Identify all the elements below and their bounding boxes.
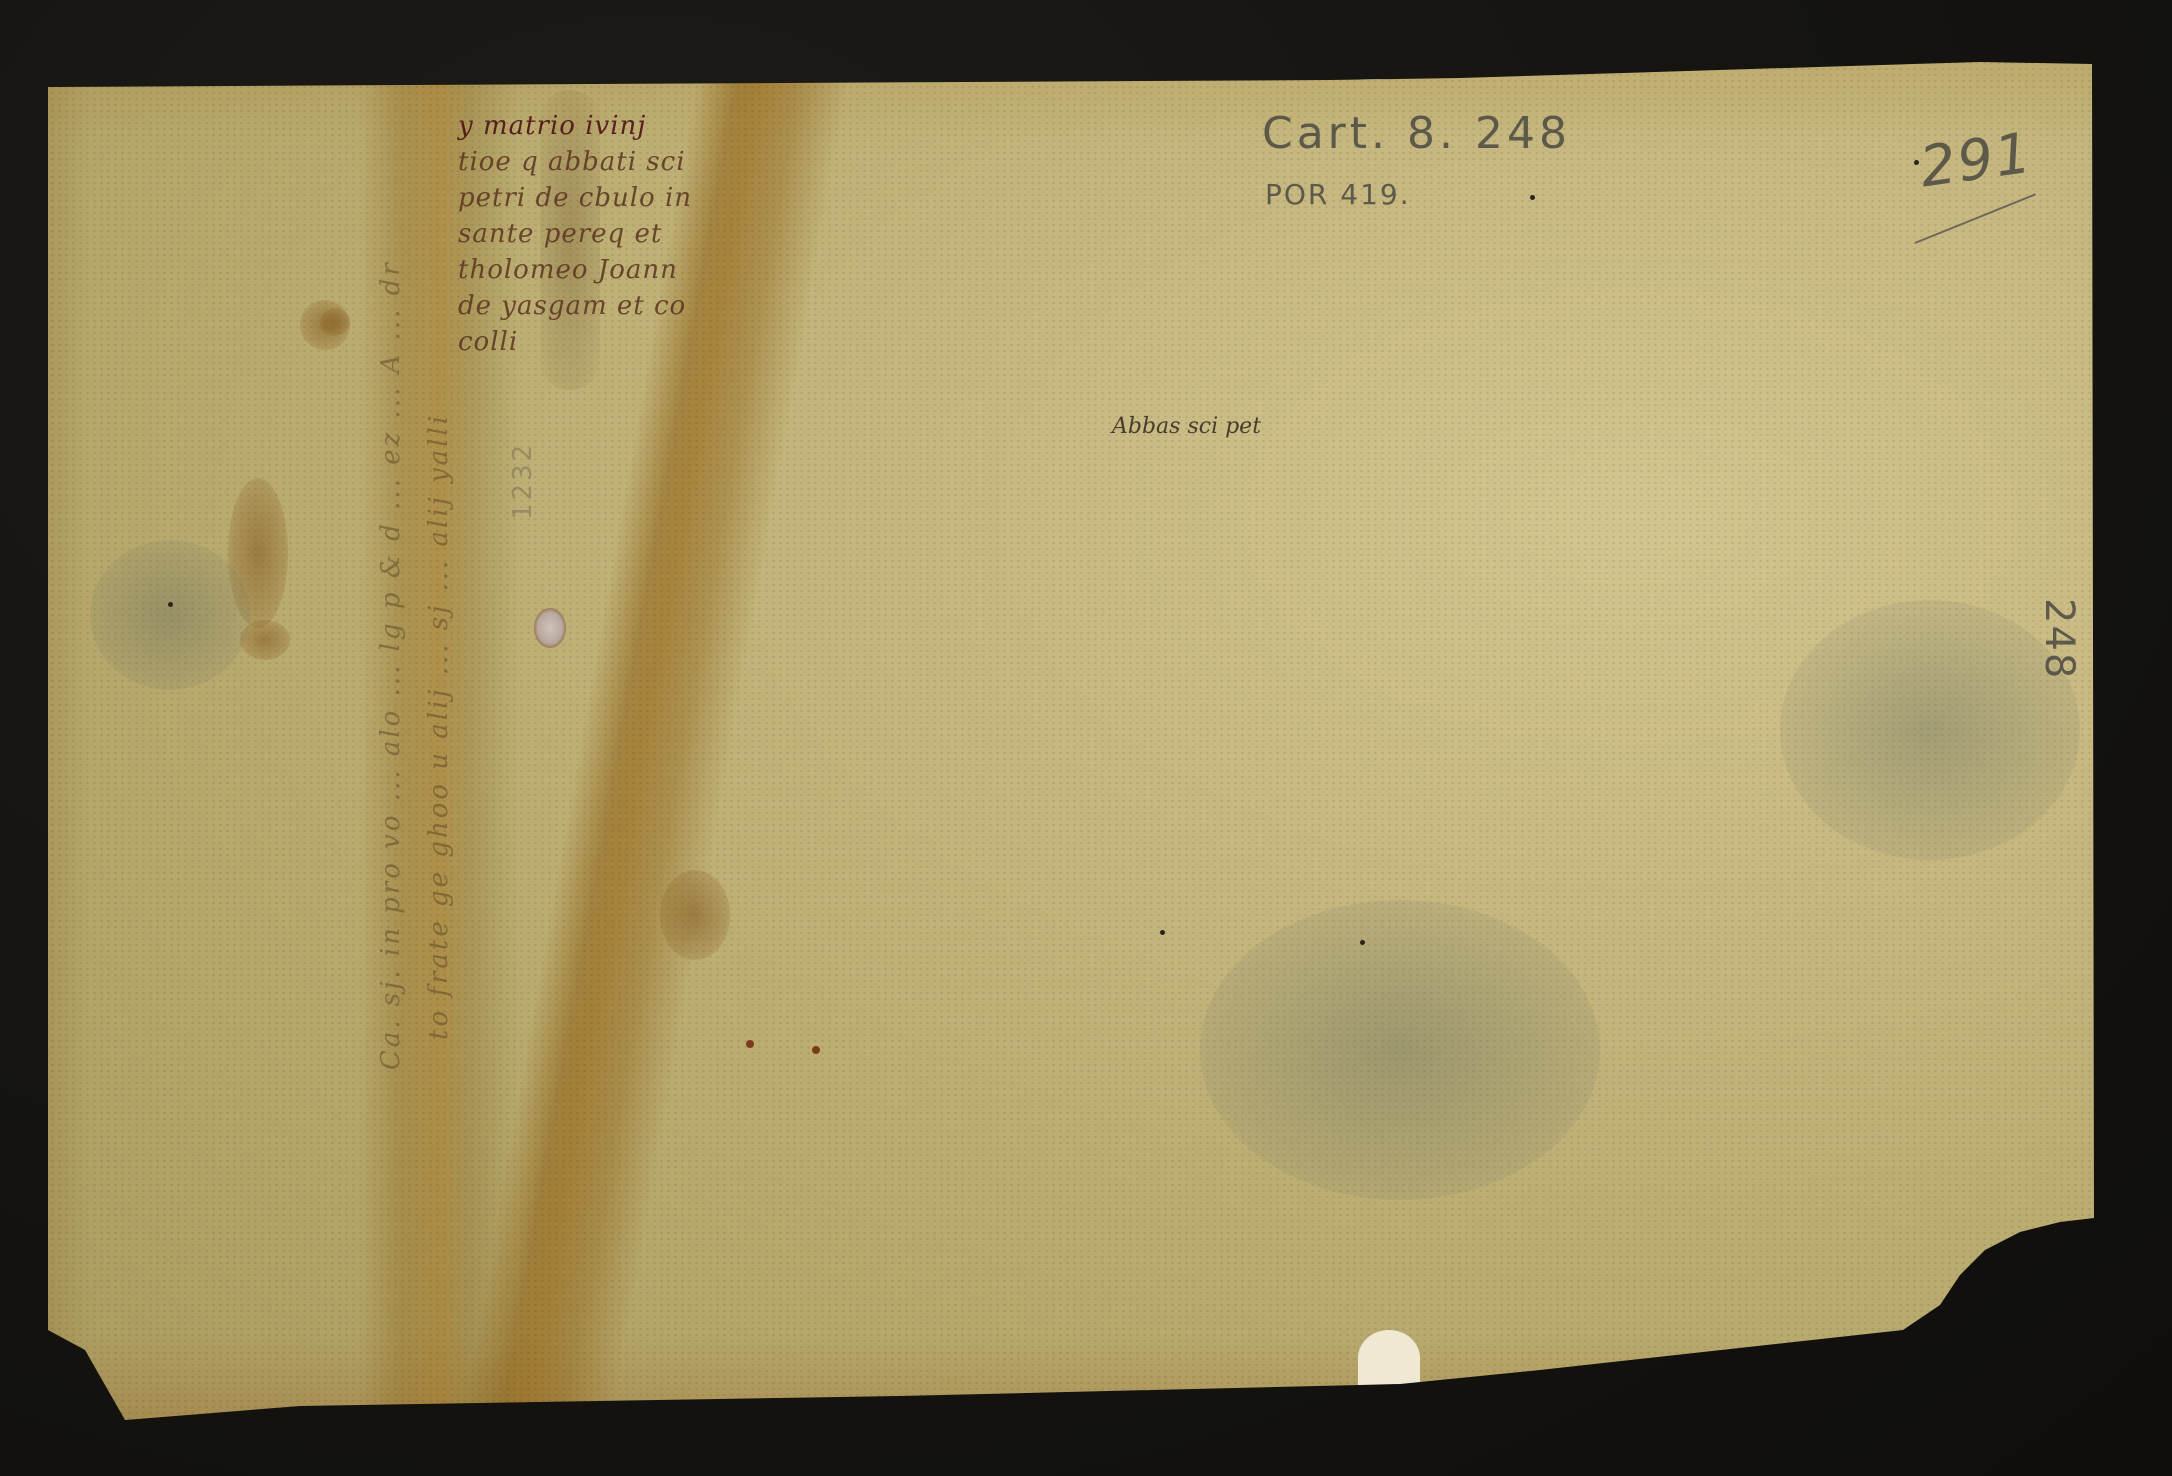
vertical-note-2: to frate ge ghoo u alij ... sj ... alij … [424, 413, 454, 1040]
endorsement-block: y matrio ivinj tioe q abbati sci petri d… [458, 108, 748, 360]
endorsement-line: de yasgam et co [458, 288, 748, 324]
bottom-edge-cutout [1358, 1330, 1420, 1386]
endorsement-line: colli [458, 324, 748, 360]
speck [1530, 195, 1535, 200]
speck [1914, 160, 1919, 165]
speck-red [746, 1040, 754, 1048]
center-note: Abbas sci pet [1112, 414, 1261, 439]
top-edge-cutout [1330, 60, 1410, 80]
endorsement-line: y matrio ivinj [458, 108, 748, 144]
endorsement-line: sante pereq et [458, 216, 748, 252]
hole-mark [534, 608, 566, 648]
parchment-sheet [0, 0, 2172, 1476]
stain-grey-mid [1200, 900, 1600, 1200]
endorsement-line: tioe q abbati sci [458, 144, 748, 180]
speck [940, 54, 945, 59]
stain-grey-left [90, 540, 250, 690]
endorsement-line: petri de cbulo in [458, 180, 748, 216]
stain-grey-right [1780, 600, 2080, 860]
speck [1160, 930, 1165, 935]
stain-splash-top-left-2 [320, 308, 350, 336]
speck [1360, 940, 1365, 945]
stain-mid-teardrop [660, 870, 730, 960]
photo-background: Cart. 8. 248 POR 419. 291 248 y matrio i… [0, 0, 2172, 1476]
vertical-date: 1232 [508, 442, 538, 520]
archive-reference-line2: POR 419. [1265, 178, 1411, 211]
speck [168, 602, 173, 607]
vertical-note-1: Ca. sj. in pro vo ... alo ... lg p & d .… [376, 260, 406, 1070]
endorsement-line: tholomeo Joann [458, 252, 748, 288]
archive-reference-line1: Cart. 8. 248 [1262, 108, 1571, 159]
side-number: 248 [2036, 598, 2082, 680]
speck-red [812, 1046, 820, 1054]
